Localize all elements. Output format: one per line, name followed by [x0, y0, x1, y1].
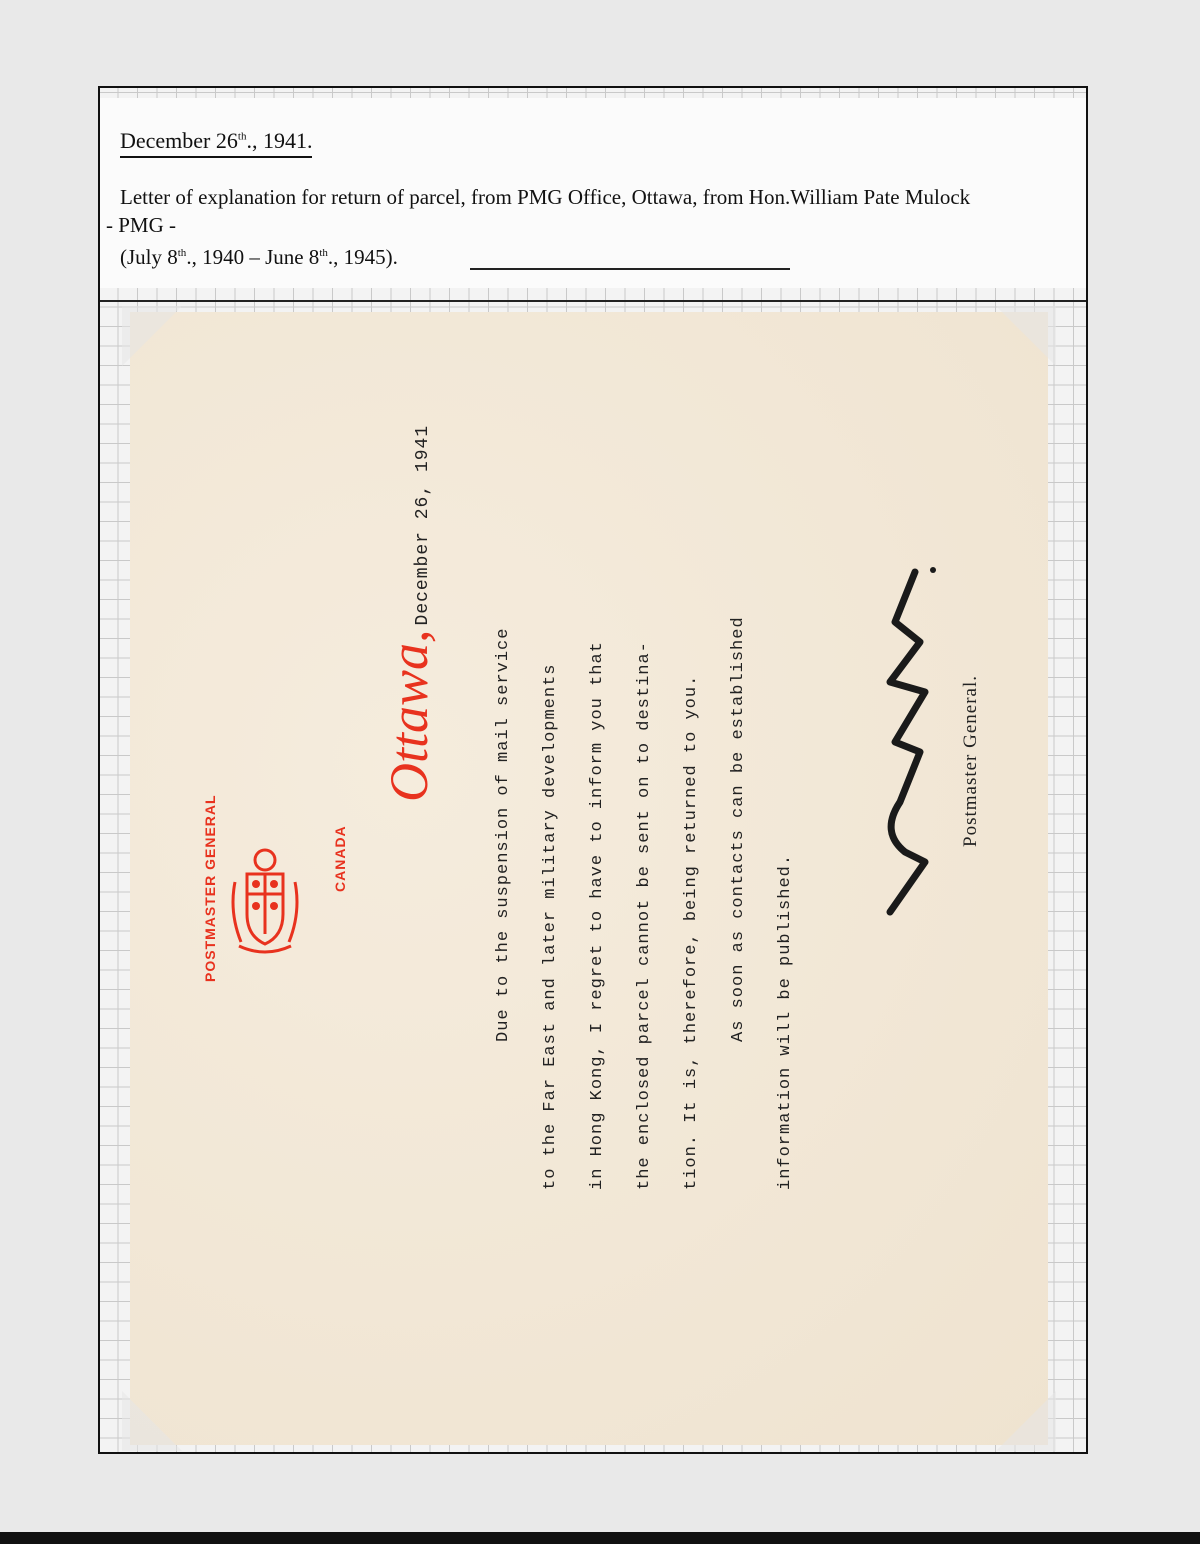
- photo-corner-mount: [996, 306, 1056, 366]
- signatory-title: Postmaster General.: [960, 675, 982, 847]
- coat-of-arms-icon: [225, 842, 305, 962]
- letter-line: information will be published.: [776, 854, 795, 1190]
- letter-place-date: Ottawa, December 26, 1941: [378, 425, 440, 802]
- letter-line: tion. It is, therefore, being returned t…: [682, 675, 701, 1190]
- caption-panel: December 26th., 1941. Letter of explanat…: [100, 98, 1086, 288]
- scan-edge: [0, 1532, 1200, 1544]
- photo-corner-mount: [122, 306, 182, 366]
- letter-line: As soon as contacts can be established: [729, 616, 748, 1042]
- letter-sheet: POSTMASTER GENERAL CANADA Ottawa, Decemb…: [130, 312, 1048, 1445]
- photo-corner-mount: [996, 1391, 1056, 1451]
- letterhead-canada: CANADA: [332, 825, 348, 892]
- letter-line: the enclosed parcel cannot be sent on to…: [635, 641, 654, 1190]
- photo-corner-mount: [122, 1391, 182, 1451]
- caption-line-1: Letter of explanation for return of parc…: [120, 183, 970, 211]
- signature-icon: [875, 562, 945, 922]
- caption-line-3: (July 8th., 1940 – June 8th., 1945).: [120, 239, 970, 271]
- letterhead-postmaster-general: POSTMASTER GENERAL: [202, 794, 218, 982]
- caption-rule: [470, 268, 790, 270]
- letter-line: Due to the suspension of mail service: [494, 628, 513, 1042]
- letter-line: to the Far East and later military devel…: [541, 664, 560, 1190]
- letter-date: December 26, 1941: [413, 425, 433, 626]
- letter-place: Ottawa,: [379, 629, 439, 802]
- caption-date: December 26th., 1941.: [120, 128, 312, 158]
- letter-line: in Hong Kong, I regret to have to inform…: [588, 641, 607, 1190]
- caption-divider: [100, 300, 1086, 302]
- caption-line-2: - PMG -: [106, 211, 970, 239]
- caption-description: Letter of explanation for return of parc…: [120, 183, 970, 271]
